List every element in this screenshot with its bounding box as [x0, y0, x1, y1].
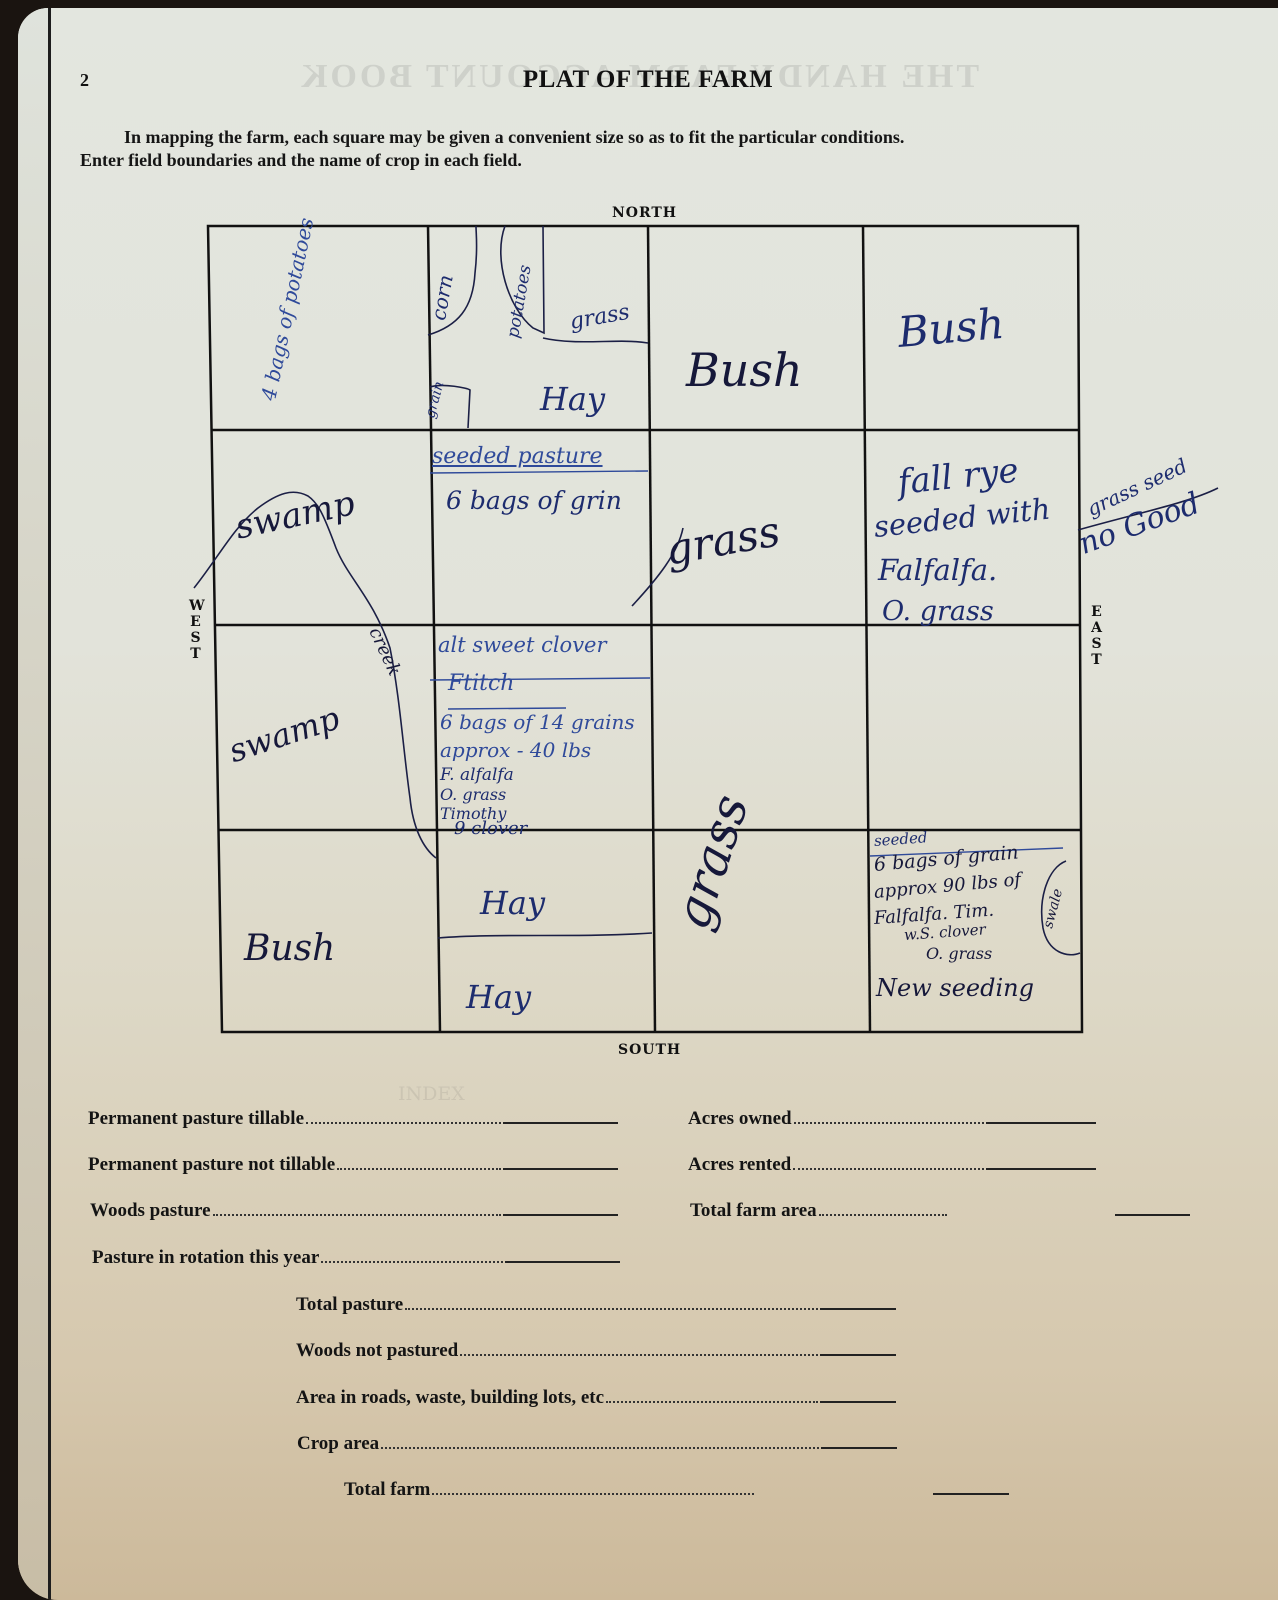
field-note-o-grass: O. grass	[882, 596, 994, 627]
form-label: Area in roads, waste, building lots, etc	[296, 1387, 604, 1409]
woods-not-pastured-field[interactable]	[820, 1354, 896, 1356]
form-label: Permanent pasture not tillable	[88, 1154, 335, 1176]
field-note-sweet-clover: alt sweet clover	[438, 633, 607, 657]
leader-dots	[606, 1400, 818, 1403]
leader-dots	[381, 1446, 819, 1449]
leader-dots	[321, 1260, 503, 1263]
field-note-approx-40-lbs: approx - 40 lbs	[440, 738, 591, 762]
leader-dots	[337, 1167, 501, 1170]
form-label: Woods not pastured	[296, 1340, 458, 1362]
account-book-page: THE HANDY FARM ACCOUNT BOOK 2 PLAT OF TH…	[18, 8, 1278, 1600]
field-note-new-seeding: New seeding	[876, 974, 1034, 1002]
form-label: Total pasture	[296, 1294, 403, 1316]
field-note-bush-r4c1: Bush	[244, 928, 335, 969]
form-label: Total farm area	[690, 1200, 817, 1222]
permanent-pasture-not-tillable-field[interactable]	[503, 1168, 618, 1170]
total-pasture-field[interactable]	[820, 1308, 896, 1310]
form-woods-pasture: Woods pasture	[90, 1200, 618, 1222]
field-note-bush-r1c3: Bush	[686, 343, 803, 397]
field-note-bush-r1c4: Bush	[896, 299, 1006, 357]
field-note-seeded-pasture: seeded pasture	[432, 444, 603, 469]
form-label: Pasture in rotation this year	[92, 1247, 319, 1269]
form-label: Acres rented	[688, 1154, 791, 1176]
form-permanent-pasture-tillable: Permanent pasture tillable	[88, 1108, 618, 1130]
leader-dots	[794, 1121, 984, 1124]
field-note-seeded-r4: seeded	[873, 828, 928, 850]
field-note-falfalfa: Falfalfa.	[878, 553, 997, 587]
field-note-hay-r1: Hay	[540, 380, 605, 418]
form-pasture-in-rotation: Pasture in rotation this year	[92, 1247, 620, 1269]
form-acres-owned: Acres owned	[688, 1108, 1096, 1130]
form-woods-not-pastured: Woods not pastured	[296, 1340, 896, 1362]
leader-dots	[819, 1213, 947, 1216]
total-farm-area-field[interactable]	[1115, 1214, 1190, 1216]
pasture-in-rotation-field[interactable]	[505, 1261, 620, 1263]
form-label: Crop area	[297, 1433, 379, 1455]
leader-dots	[793, 1167, 984, 1170]
field-note-hay-r4-lower: Hay	[466, 978, 531, 1016]
acres-rented-field[interactable]	[986, 1168, 1096, 1170]
field-note-hay-r4-upper: Hay	[480, 884, 545, 922]
form-area-roads-waste: Area in roads, waste, building lots, etc	[296, 1387, 896, 1409]
form-crop-area: Crop area	[297, 1433, 897, 1455]
form-total-farm: Total farm	[344, 1479, 1009, 1501]
field-note-ftitch: Ftitch	[448, 671, 514, 696]
field-note-6-bags: 6 bags of grin	[446, 486, 622, 515]
leader-dots	[306, 1121, 501, 1124]
form-acres-rented: Acres rented	[688, 1154, 1096, 1176]
leader-dots	[432, 1492, 754, 1495]
bleed-through-index: INDEX	[398, 1078, 465, 1110]
leader-dots	[405, 1307, 818, 1310]
form-total-pasture: Total pasture	[296, 1294, 896, 1316]
crop-area-field[interactable]	[821, 1447, 897, 1449]
field-note-f-alfalfa: F. alfalfa	[440, 765, 514, 785]
woods-pasture-field[interactable]	[503, 1214, 618, 1216]
field-note-6-bags-14-grains: 6 bags of 14 grains	[440, 710, 635, 734]
form-permanent-pasture-not-tillable: Permanent pasture not tillable	[88, 1154, 618, 1176]
leader-dots	[213, 1213, 501, 1216]
permanent-pasture-tillable-field[interactable]	[503, 1122, 618, 1124]
form-label: Acres owned	[688, 1108, 792, 1130]
field-note-o-grass-r4: O. grass	[926, 944, 992, 963]
form-label: Permanent pasture tillable	[88, 1108, 304, 1130]
area-roads-waste-field[interactable]	[820, 1401, 896, 1403]
leader-dots	[460, 1353, 818, 1356]
field-note-9-clover: 9 clover	[454, 818, 527, 839]
form-total-farm-area: Total farm area	[690, 1200, 1190, 1222]
total-farm-field[interactable]	[933, 1493, 1009, 1495]
acres-owned-field[interactable]	[986, 1122, 1096, 1124]
field-note-o-grass-r3: O. grass	[440, 785, 506, 804]
form-label: Total farm	[344, 1479, 430, 1501]
form-label: Woods pasture	[90, 1200, 211, 1222]
